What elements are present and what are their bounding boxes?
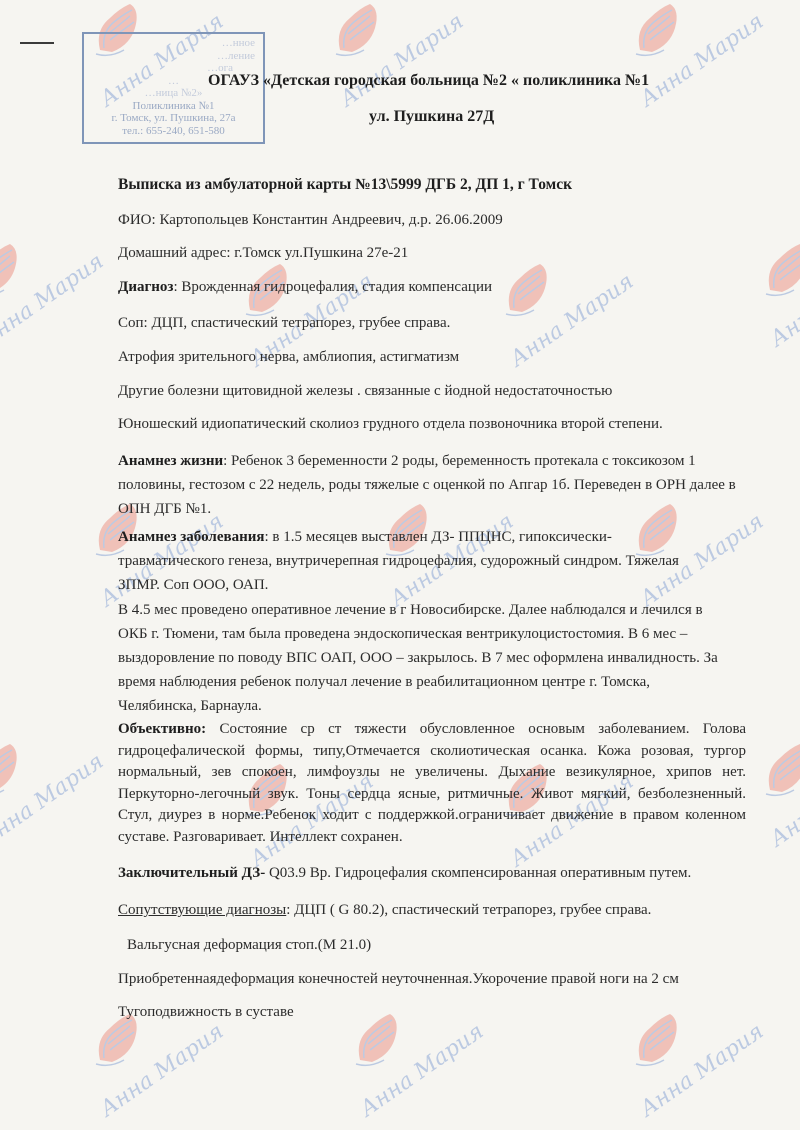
address-value: г.Томск ул.Пушкина 27е-21 <box>231 245 409 261</box>
treatment-history: В 4.5 мес проведено оперативное лечение … <box>118 598 728 718</box>
watermark: Анна Мария <box>80 1010 210 1120</box>
stamp-line: …нное <box>84 37 263 50</box>
concomitant-text: : ДЦП ( G 80.2), спастический тетрапорез… <box>286 902 651 918</box>
stamp-line: …ление <box>84 50 263 63</box>
final-dx-label: Заключительный ДЗ- <box>118 865 265 881</box>
concomitant-diagnoses: Сопутствующие диагнозы: ДЦП ( G 80.2), с… <box>118 902 651 919</box>
watermark: Анна Мария <box>620 1010 750 1120</box>
watermark: Анна Мария <box>340 1010 470 1120</box>
watermark: Анна Мария <box>0 240 90 350</box>
watermark-text: Анна Мария <box>356 1019 488 1122</box>
watermark: Анна Мария <box>490 260 620 370</box>
objective-label: Объективно: <box>118 721 206 737</box>
watermark-text: Анна Мария <box>636 1019 768 1122</box>
medical-extract-page: Анна Мария Анна Мария Анна Мария Анна Ма… <box>0 0 800 1130</box>
anna-maria-logo-icon <box>630 1010 690 1070</box>
fio-label: ФИО: <box>118 212 156 228</box>
watermark-text: Анна Мария <box>0 249 108 352</box>
comorbid-line: Другие болезни щитовидной железы . связа… <box>118 383 612 400</box>
watermark: Анна Мария <box>0 740 90 850</box>
watermark-text: Анна Мария <box>96 1019 228 1122</box>
watermark-text: Анна Мария <box>766 749 800 852</box>
final-dx-text: Q03.9 Вр. Гидроцефалия скомпенсированная… <box>265 865 691 881</box>
institution-name: ОГАУЗ «Детская городская больница №2 « п… <box>208 72 649 90</box>
valgus-deformity: Вальгусная деформация стоп.(М 21.0) <box>127 937 371 954</box>
stamp-line: г. Томск, ул. Пушкина, 27а <box>84 112 263 125</box>
comorbid-line: Юношеский идиопатический сколиоз грудног… <box>118 416 663 433</box>
stamp-line: тел.: 655-240, 651-580 <box>84 125 263 138</box>
address-label: Домашний адрес: <box>118 245 231 261</box>
margin-dash <box>20 42 54 44</box>
institution-address: ул. Пушкина 27Д <box>369 108 494 126</box>
diagnosis-value: : Врожденная гидроцефалия, стадия компен… <box>173 279 492 295</box>
concomitant-label: Сопутствующие диагнозы <box>118 902 286 918</box>
joint-stiffness: Тугоподвижность в суставе <box>118 1004 294 1021</box>
anna-maria-logo-icon <box>500 260 560 320</box>
final-diagnosis: Заключительный ДЗ- Q03.9 Вр. Гидроцефали… <box>118 865 691 882</box>
watermark: Анна Мария <box>750 240 800 350</box>
comorbid-line: Атрофия зрительного нерва, амблиопия, ас… <box>118 349 459 366</box>
anna-maria-logo-icon <box>330 0 390 60</box>
stamp-line: Поликлиника №1 <box>84 100 263 113</box>
anamnesis-disease: Анамнез заболевания: в 1.5 месяцев выста… <box>118 525 718 597</box>
watermark: Анна Мария <box>750 740 800 850</box>
watermark: Анна Мария <box>320 0 450 110</box>
diagnosis-label: Диагноз <box>118 279 173 295</box>
fio-value: Картопольцев Константин Андреевич, д.р. … <box>156 212 503 228</box>
objective-exam: Объективно: Состояние ср ст тяжести обус… <box>118 719 746 848</box>
watermark-text: Анна Мария <box>636 9 768 112</box>
objective-text: Состояние ср ст тяжести обусловленное ос… <box>118 721 746 845</box>
diagnosis: Диагноз: Врожденная гидроцефалия, стадия… <box>118 279 492 296</box>
watermark-text: Анна Мария <box>0 749 108 852</box>
watermark-text: Анна Мария <box>766 249 800 352</box>
anna-maria-logo-icon <box>0 240 30 300</box>
watermark-text: Анна Мария <box>336 9 468 112</box>
patient-fio: ФИО: Картопольцев Константин Андреевич, … <box>118 212 503 229</box>
acquired-deformity: Приобретеннаядеформация конечностей неут… <box>118 971 679 988</box>
anna-maria-logo-icon <box>350 1010 410 1070</box>
anna-maria-logo-icon <box>630 0 690 60</box>
anna-maria-logo-icon <box>760 740 800 800</box>
watermark: Анна Мария <box>620 0 750 110</box>
anna-maria-logo-icon <box>760 240 800 300</box>
anamnesis-life-label: Анамнез жизни <box>118 453 223 469</box>
anamnesis-disease-label: Анамнез заболевания <box>118 529 264 545</box>
watermark-text: Анна Мария <box>506 269 638 372</box>
comorbid-line: Соп: ДЦП, спастический тетрапорез, грубе… <box>118 315 450 332</box>
anamnesis-life: Анамнез жизни: Ребенок 3 беременности 2 … <box>118 449 743 521</box>
document-title: Выписка из амбулаторной карты №13\5999 Д… <box>118 176 572 194</box>
patient-address: Домашний адрес: г.Томск ул.Пушкина 27е-2… <box>118 245 408 262</box>
anna-maria-logo-icon <box>0 740 30 800</box>
